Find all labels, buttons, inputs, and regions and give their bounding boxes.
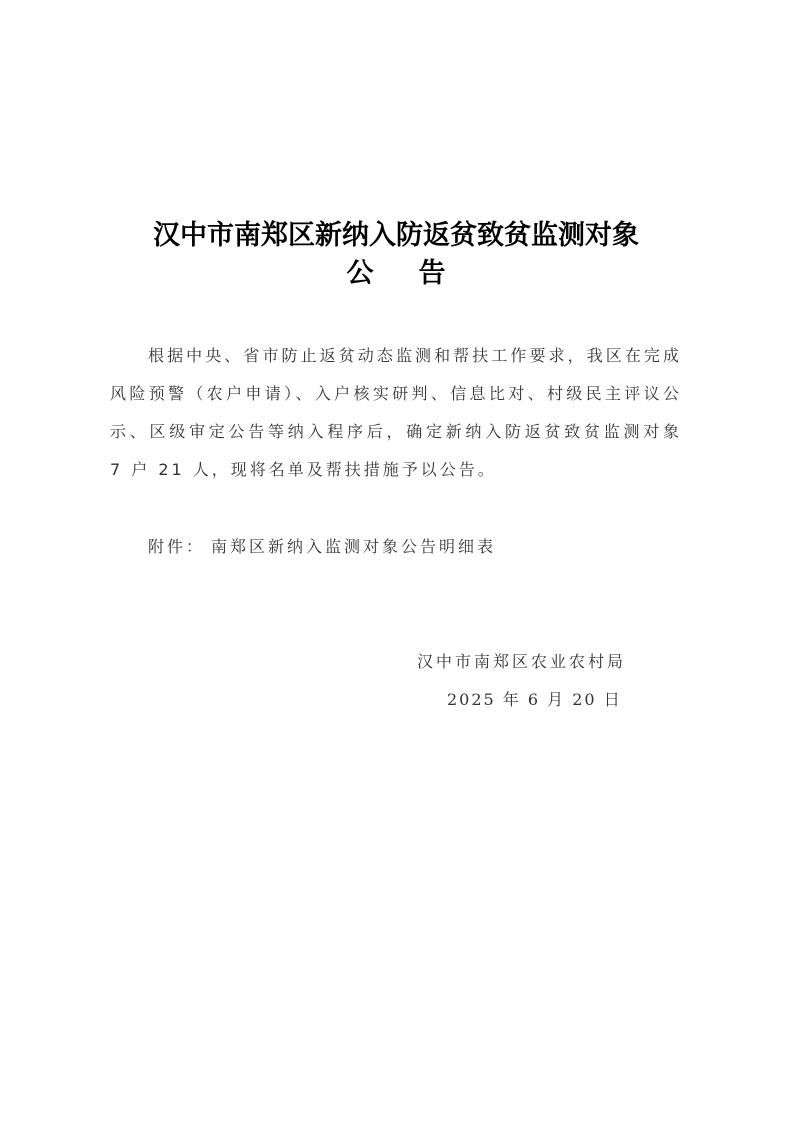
- document-page: 汉中市南郑区新纳入防返贫致贫监测对象 公告 根据中央、省市防止返贫动态监测和帮扶…: [0, 0, 792, 1121]
- signature-date: 2025 年 6 月 20 日: [447, 685, 622, 715]
- attachment-label: 附件：: [148, 537, 205, 556]
- attachment-line: 附件：南郑区新纳入监测对象公告明细表: [148, 532, 496, 562]
- document-title-announcement: 公告: [0, 256, 792, 292]
- document-title: 汉中市南郑区新纳入防返贫致贫监测对象: [0, 218, 792, 254]
- attachment-name: 南郑区新纳入监测对象公告明细表: [211, 537, 496, 556]
- body-paragraph: 根据中央、省市防止返贫动态监测和帮扶工作要求，我区在完成风险预警（农户申请）、入…: [110, 337, 682, 489]
- signature-organization: 汉中市南郑区农业农村局: [417, 647, 626, 677]
